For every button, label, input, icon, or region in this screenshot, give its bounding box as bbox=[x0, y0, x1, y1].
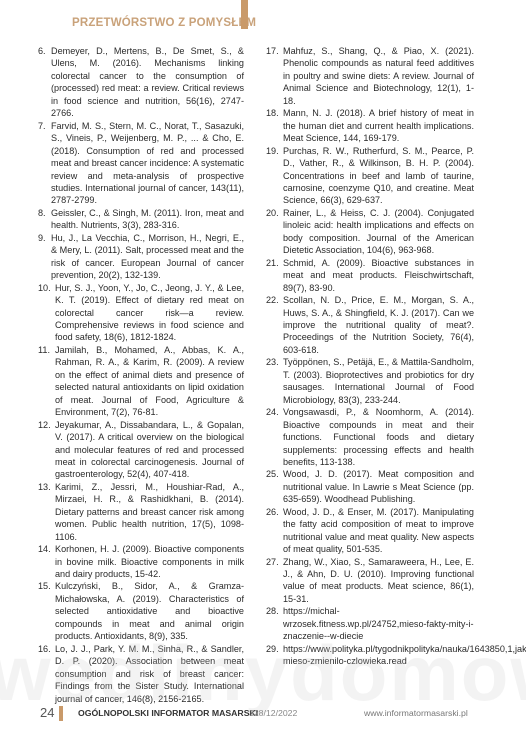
reference-text: Jeyakumar, A., Dissabandara, L., & Gopal… bbox=[55, 420, 244, 480]
reference-number: 24. bbox=[266, 406, 279, 418]
page-number: 24 bbox=[40, 705, 54, 720]
reference-text: Hur, S. J., Yoon, Y., Jo, C., Jeong, J. … bbox=[55, 283, 244, 343]
reference-text: Purchas, R. W., Rutherfurd, S. M., Pearc… bbox=[283, 146, 474, 206]
reference-number: 25. bbox=[266, 468, 279, 480]
reference-item: 17.Mahfuz, S., Shang, Q., & Piao, X. (20… bbox=[266, 45, 474, 107]
references-column-left: 6.Demeyer, D., Mertens, B., De Smet, S.,… bbox=[38, 45, 244, 705]
reference-item: 11.Jamilah, B., Mohamed, A., Abbas, K. A… bbox=[38, 344, 244, 419]
reference-number: 27. bbox=[266, 556, 279, 568]
reference-text: Vongsawasdi, P., & Noomhorm, A. (2014). … bbox=[283, 407, 474, 467]
reference-text: Schmid, A. (2009). Bioactive substances … bbox=[283, 258, 474, 293]
reference-number: 7. bbox=[38, 120, 46, 132]
header-accent-bar bbox=[241, 0, 248, 29]
reference-text: Karimi, Z., Jessri, M., Houshiar-Rad, A.… bbox=[55, 482, 244, 542]
reference-item: 27.Zhang, W., Xiao, S., Samaraweera, H.,… bbox=[266, 556, 474, 606]
reference-item: 13.Karimi, Z., Jessri, M., Houshiar-Rad,… bbox=[38, 481, 244, 543]
reference-text: Wood, J. D. (2017). Meat composition and… bbox=[283, 469, 474, 504]
reference-number: 14. bbox=[38, 543, 51, 555]
reference-item: 21.Schmid, A. (2009). Bioactive substanc… bbox=[266, 257, 474, 294]
reference-number: 9. bbox=[38, 232, 46, 244]
footer-accent-bar bbox=[59, 706, 63, 721]
issue-number: 328/12/2022 bbox=[249, 708, 297, 718]
reference-item: 24.Vongsawasdi, P., & Noomhorm, A. (2014… bbox=[266, 406, 474, 468]
reference-text: Hu, J., La Vecchia, C., Morrison, H., Ne… bbox=[51, 233, 244, 280]
reference-number: 19. bbox=[266, 145, 279, 157]
reference-text: Wood, J. D., & Enser, M. (2017). Manipul… bbox=[283, 507, 474, 554]
reference-text: Demeyer, D., Mertens, B., De Smet, S., &… bbox=[51, 46, 244, 118]
reference-text: Rainer, L., & Heiss, C. J. (2004). Conju… bbox=[283, 208, 474, 255]
reference-number: 13. bbox=[38, 481, 51, 493]
publication-name: OGÓLNOPOLSKI INFORMATOR MASARSKI bbox=[78, 708, 258, 718]
reference-item: 12.Jeyakumar, A., Dissabandara, L., & Go… bbox=[38, 419, 244, 481]
reference-text: Farvid, M. S., Stern, M. C., Norat, T., … bbox=[51, 121, 244, 206]
reference-item: 19.Purchas, R. W., Rutherfurd, S. M., Pe… bbox=[266, 145, 474, 207]
page-footer: 24 OGÓLNOPOLSKI INFORMATOR MASARSKI 328/… bbox=[0, 705, 526, 721]
reference-item: 18.Mann, N. J. (2018). A brief history o… bbox=[266, 107, 474, 144]
reference-item: 20.Rainer, L., & Heiss, C. J. (2004). Co… bbox=[266, 207, 474, 257]
reference-item: 7.Farvid, M. S., Stern, M. C., Norat, T.… bbox=[38, 120, 244, 207]
reference-item: 6.Demeyer, D., Mertens, B., De Smet, S.,… bbox=[38, 45, 244, 120]
reference-list-left: 6.Demeyer, D., Mertens, B., De Smet, S.,… bbox=[38, 45, 244, 705]
reference-number: 26. bbox=[266, 506, 279, 518]
reference-item: 8.Geissler, C., & Singh, M. (2011). Iron… bbox=[38, 207, 244, 232]
reference-item: 25.Wood, J. D. (2017). Meat composition … bbox=[266, 468, 474, 505]
reference-text: Geissler, C., & Singh, M. (2011). Iron, … bbox=[51, 208, 244, 230]
reference-text: Mann, N. J. (2018). A brief history of m… bbox=[283, 108, 474, 143]
reference-text: Korhonen, H. J. (2009). Bioactive compon… bbox=[55, 544, 244, 579]
reference-item: 22.Scollan, N. D., Price, E. M., Morgan,… bbox=[266, 294, 474, 356]
reference-number: 8. bbox=[38, 207, 46, 219]
reference-text: Mahfuz, S., Shang, Q., & Piao, X. (2021)… bbox=[283, 46, 474, 106]
reference-number: 6. bbox=[38, 45, 46, 57]
reference-number: 23. bbox=[266, 356, 279, 368]
reference-item: 10.Hur, S. J., Yoon, Y., Jo, C., Jeong, … bbox=[38, 282, 244, 344]
reference-number: 18. bbox=[266, 107, 279, 119]
reference-number: 21. bbox=[266, 257, 279, 269]
section-title: PRZETWÓRSTWO Z POMYSŁEM bbox=[72, 17, 256, 29]
reference-number: 11. bbox=[38, 344, 50, 356]
reference-text: Scollan, N. D., Price, E. M., Morgan, S.… bbox=[283, 295, 474, 355]
reference-number: 28. bbox=[266, 605, 279, 617]
reference-text: Zhang, W., Xiao, S., Samaraweera, H., Le… bbox=[283, 557, 474, 604]
reference-item: 23.Työppönen, S., Petäjä, E., & Mattila-… bbox=[266, 356, 474, 406]
website-link[interactable]: www.informatormasarski.pl bbox=[364, 708, 468, 718]
reference-number: 10. bbox=[38, 282, 51, 294]
reference-number: 15. bbox=[38, 580, 51, 592]
reference-number: 17. bbox=[266, 45, 279, 57]
reference-item: 26.Wood, J. D., & Enser, M. (2017). Mani… bbox=[266, 506, 474, 556]
reference-list-right: 17.Mahfuz, S., Shang, Q., & Piao, X. (20… bbox=[266, 45, 474, 668]
reference-number: 22. bbox=[266, 294, 279, 306]
reference-number: 12. bbox=[38, 419, 51, 431]
reference-item: 14.Korhonen, H. J. (2009). Bioactive com… bbox=[38, 543, 244, 580]
reference-item: 9.Hu, J., La Vecchia, C., Morrison, H., … bbox=[38, 232, 244, 282]
reference-text: Työppönen, S., Petäjä, E., & Mattila-San… bbox=[283, 357, 474, 404]
reference-number: 20. bbox=[266, 207, 279, 219]
reference-text: Jamilah, B., Mohamed, A., Abbas, K. A., … bbox=[55, 345, 244, 417]
references-column-right: 17.Mahfuz, S., Shang, Q., & Piao, X. (20… bbox=[266, 45, 474, 668]
